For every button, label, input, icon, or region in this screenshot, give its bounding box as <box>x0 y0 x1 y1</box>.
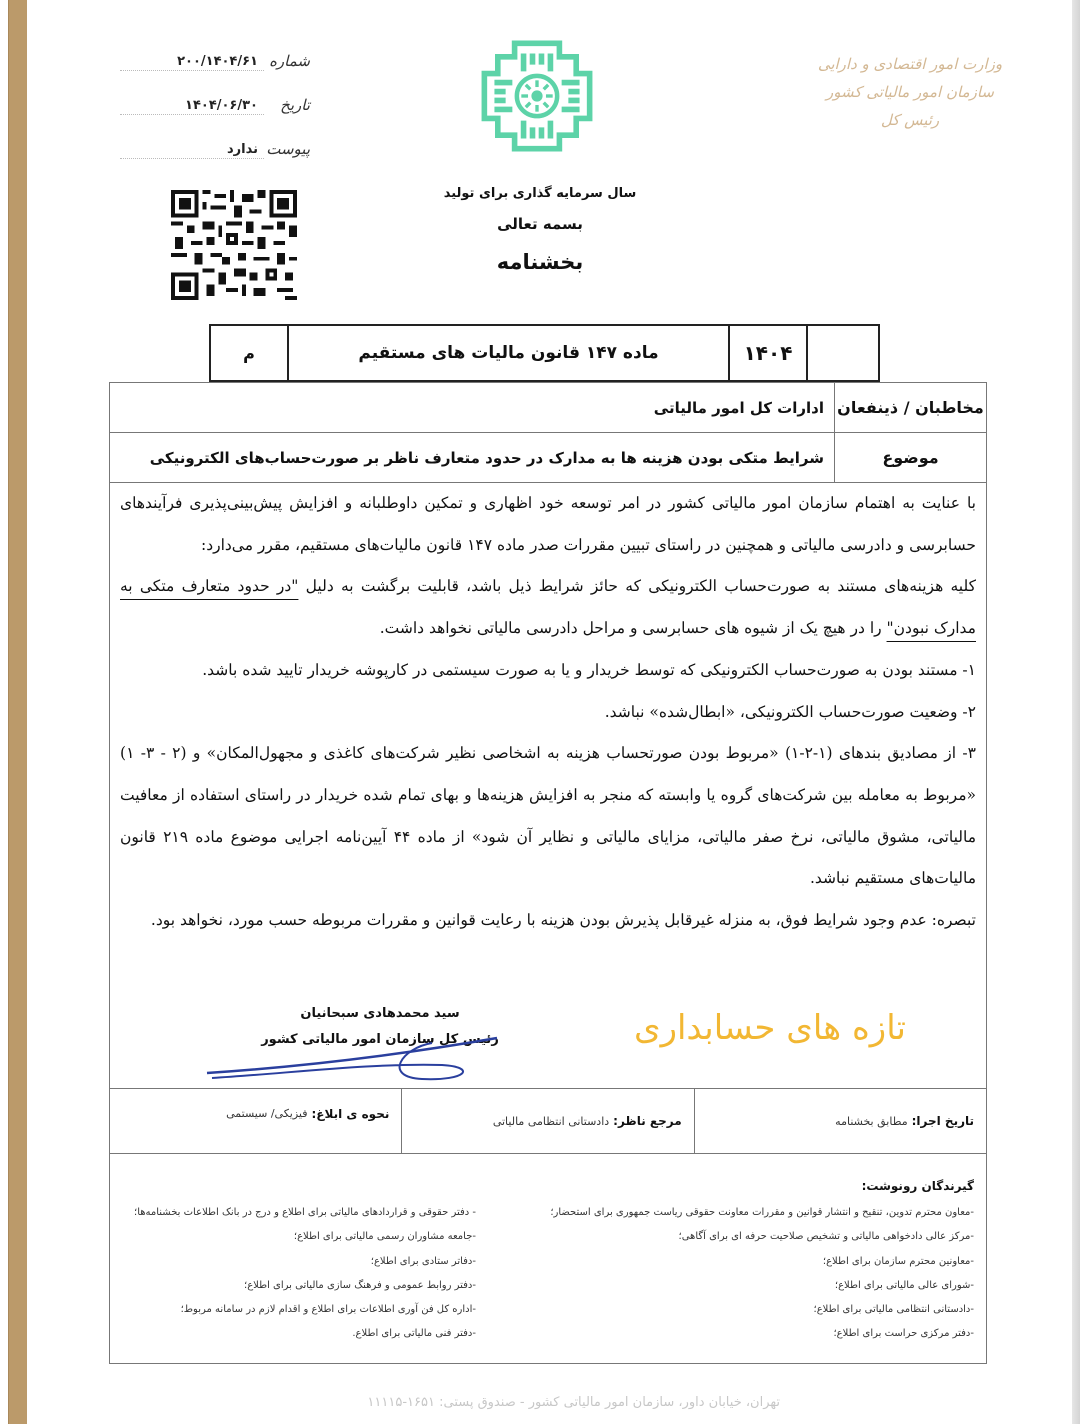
recipients-right-column: -معاون محترم تدوین، تنقیح و انتشار قوانی… <box>550 1201 974 1347</box>
circular-header-table: ۱۴۰۴ ماده ۱۴۷ قانون مالیات های مستقیم م <box>209 324 880 382</box>
subject-row: موضوع شرایط متکی بودن هزینه ها به مدارک … <box>110 433 986 483</box>
condition-1: ۱- مستند بودن به صورت‌حساب الکترونیکی که… <box>120 650 976 692</box>
letter-meta: شماره ۲۰۰/۱۴۰۴/۶۱ تاریخ ۱۴۰۴/۰۶/۳۰ پیوست… <box>120 48 310 180</box>
recipient-item: -اداره کل فن آوری اطلاعات برای اطلاع و ا… <box>134 1298 476 1322</box>
condition-2: ۲- وضعیت صورت‌حساب الکترونیکی، «ابطال‌شد… <box>120 692 976 734</box>
execution-date-label: تاریخ اجرا: <box>912 1114 974 1128</box>
bismillah: بسمه تعالی <box>390 215 690 233</box>
office-line: رئیس کل <box>810 106 1010 134</box>
notification-method-cell: نحوه ی ابلاغ: فیزیکی/ سیستمی <box>110 1089 401 1153</box>
subject-value: شرایط متکی بودن هزینه ها به مدارک در حدو… <box>150 433 824 482</box>
header-title: ماده ۱۴۷ قانون مالیات های مستقیم <box>287 326 728 380</box>
header-year: ۱۴۰۴ <box>728 326 806 380</box>
recipient-item: -شورای عالی مالیاتی برای اطلاع؛ <box>550 1274 974 1298</box>
header-empty-cell <box>806 326 878 380</box>
attachment-value: ندارد <box>227 136 264 157</box>
ministry-line: وزارت امور اقتصادی و دارایی <box>810 50 1010 78</box>
year-slogan: سال سرمایه گذاری برای تولید <box>390 186 690 201</box>
copy-recipients: گیرندگان رونوشت: -معاون محترم تدوین، تنق… <box>110 1163 986 1363</box>
execution-date-value: مطابق بخشنامه <box>835 1115 907 1128</box>
circular-body-frame: مخاطبان / ذینفعان ادارات کل امور مالیاتی… <box>109 382 987 1364</box>
attachment-row: پیوست ندارد <box>120 136 310 180</box>
number-row: شماره ۲۰۰/۱۴۰۴/۶۱ <box>120 48 310 92</box>
execution-date-cell: تاریخ اجرا: مطابق بخشنامه <box>694 1089 986 1153</box>
tax-organization-logo-icon <box>481 40 593 152</box>
attachment-label: پیوست <box>264 136 310 158</box>
note-paragraph: تبصره: عدم وجود شرایط فوق، به منزله غیرق… <box>120 900 976 942</box>
document-type: بخشنامه <box>390 250 690 274</box>
date-value: ۱۴۰۴/۰۶/۳۰ <box>185 92 264 113</box>
ministry-heading: وزارت امور اقتصادی و دارایی سازمان امور … <box>810 50 1010 134</box>
audience-value: ادارات کل امور مالیاتی <box>654 383 824 432</box>
binding-strip <box>8 0 27 1424</box>
recipient-item: -دفاتر ستادی برای اطلاع؛ <box>134 1250 476 1274</box>
number-label: شماره <box>264 48 310 70</box>
recipient-item: -دادستانی انتظامی مالیاتی برای اطلاع؛ <box>550 1298 974 1322</box>
qr-code-icon <box>170 190 298 300</box>
recipient-item: - دفتر حقوقی و قراردادهای مالیاتی برای ا… <box>134 1201 476 1225</box>
recipient-item: -مرکز عالی دادخواهی مالیاتی و تشخیص صلاح… <box>550 1225 974 1249</box>
supervising-authority-label: مرجع ناظر: <box>613 1114 682 1128</box>
signature-scribble-icon <box>202 1023 502 1083</box>
recipient-item: -معاون محترم تدوین، تنقیح و انتشار قوانی… <box>550 1201 974 1225</box>
audience-label: مخاطبان / ذینفعان <box>834 383 986 432</box>
intro-paragraph: با عنایت به اهتمام سازمان امور مالیاتی ک… <box>120 483 976 566</box>
copy-recipients-title: گیرندگان رونوشت: <box>862 1179 974 1193</box>
subject-label: موضوع <box>834 433 986 482</box>
recipients-left-column: - دفتر حقوقی و قراردادهای مالیاتی برای ا… <box>134 1201 476 1347</box>
main-paragraph: کلیه هزینه‌های مستند به صورت‌حساب الکترو… <box>120 566 976 649</box>
header-code: م <box>211 326 287 380</box>
recipient-item: -معاونین محترم سازمان برای اطلاع؛ <box>550 1250 974 1274</box>
organization-line: سازمان امور مالیاتی کشور <box>810 78 1010 106</box>
recipient-item: -دفتر روابط عمومی و فرهنگ سازی مالیاتی ب… <box>134 1274 476 1298</box>
watermark-text: تازه های حسابداری <box>610 1008 930 1048</box>
recipient-item: -جامعه مشاوران رسمی مالیاتی برای اطلاع؛ <box>134 1225 476 1249</box>
audience-row: مخاطبان / ذینفعان ادارات کل امور مالیاتی <box>110 383 986 433</box>
circular-body: با عنایت به اهتمام سازمان امور مالیاتی ک… <box>120 483 976 942</box>
supervising-authority-value: دادستانی انتظامی مالیاتی <box>493 1115 609 1128</box>
date-row: تاریخ ۱۴۰۴/۰۶/۳۰ <box>120 92 310 136</box>
condition-3: ۳- از مصادیق بندهای (۱-۲-۱) «مربوط بودن … <box>120 733 976 900</box>
execution-info-row: تاریخ اجرا: مطابق بخشنامه مرجع ناظر: داد… <box>110 1088 986 1154</box>
recipient-item: -دفتر فنی مالیاتی برای اطلاع. <box>134 1322 476 1346</box>
recipient-item: -دفتر مرکزی حراست برای اطلاع؛ <box>550 1322 974 1346</box>
page-edge-shadow <box>1072 0 1080 1424</box>
notification-method-label: نحوه ی ابلاغ: <box>312 1107 390 1121</box>
postal-address: تهران، خیابان داور، سازمان امور مالیاتی … <box>160 1395 780 1410</box>
supervising-authority-cell: مرجع ناظر: دادستانی انتظامی مالیاتی <box>401 1089 693 1153</box>
notification-method-value: فیزیکی/ سیستمی <box>226 1107 307 1120</box>
date-label: تاریخ <box>264 92 310 114</box>
number-value: ۲۰۰/۱۴۰۴/۶۱ <box>177 48 264 69</box>
